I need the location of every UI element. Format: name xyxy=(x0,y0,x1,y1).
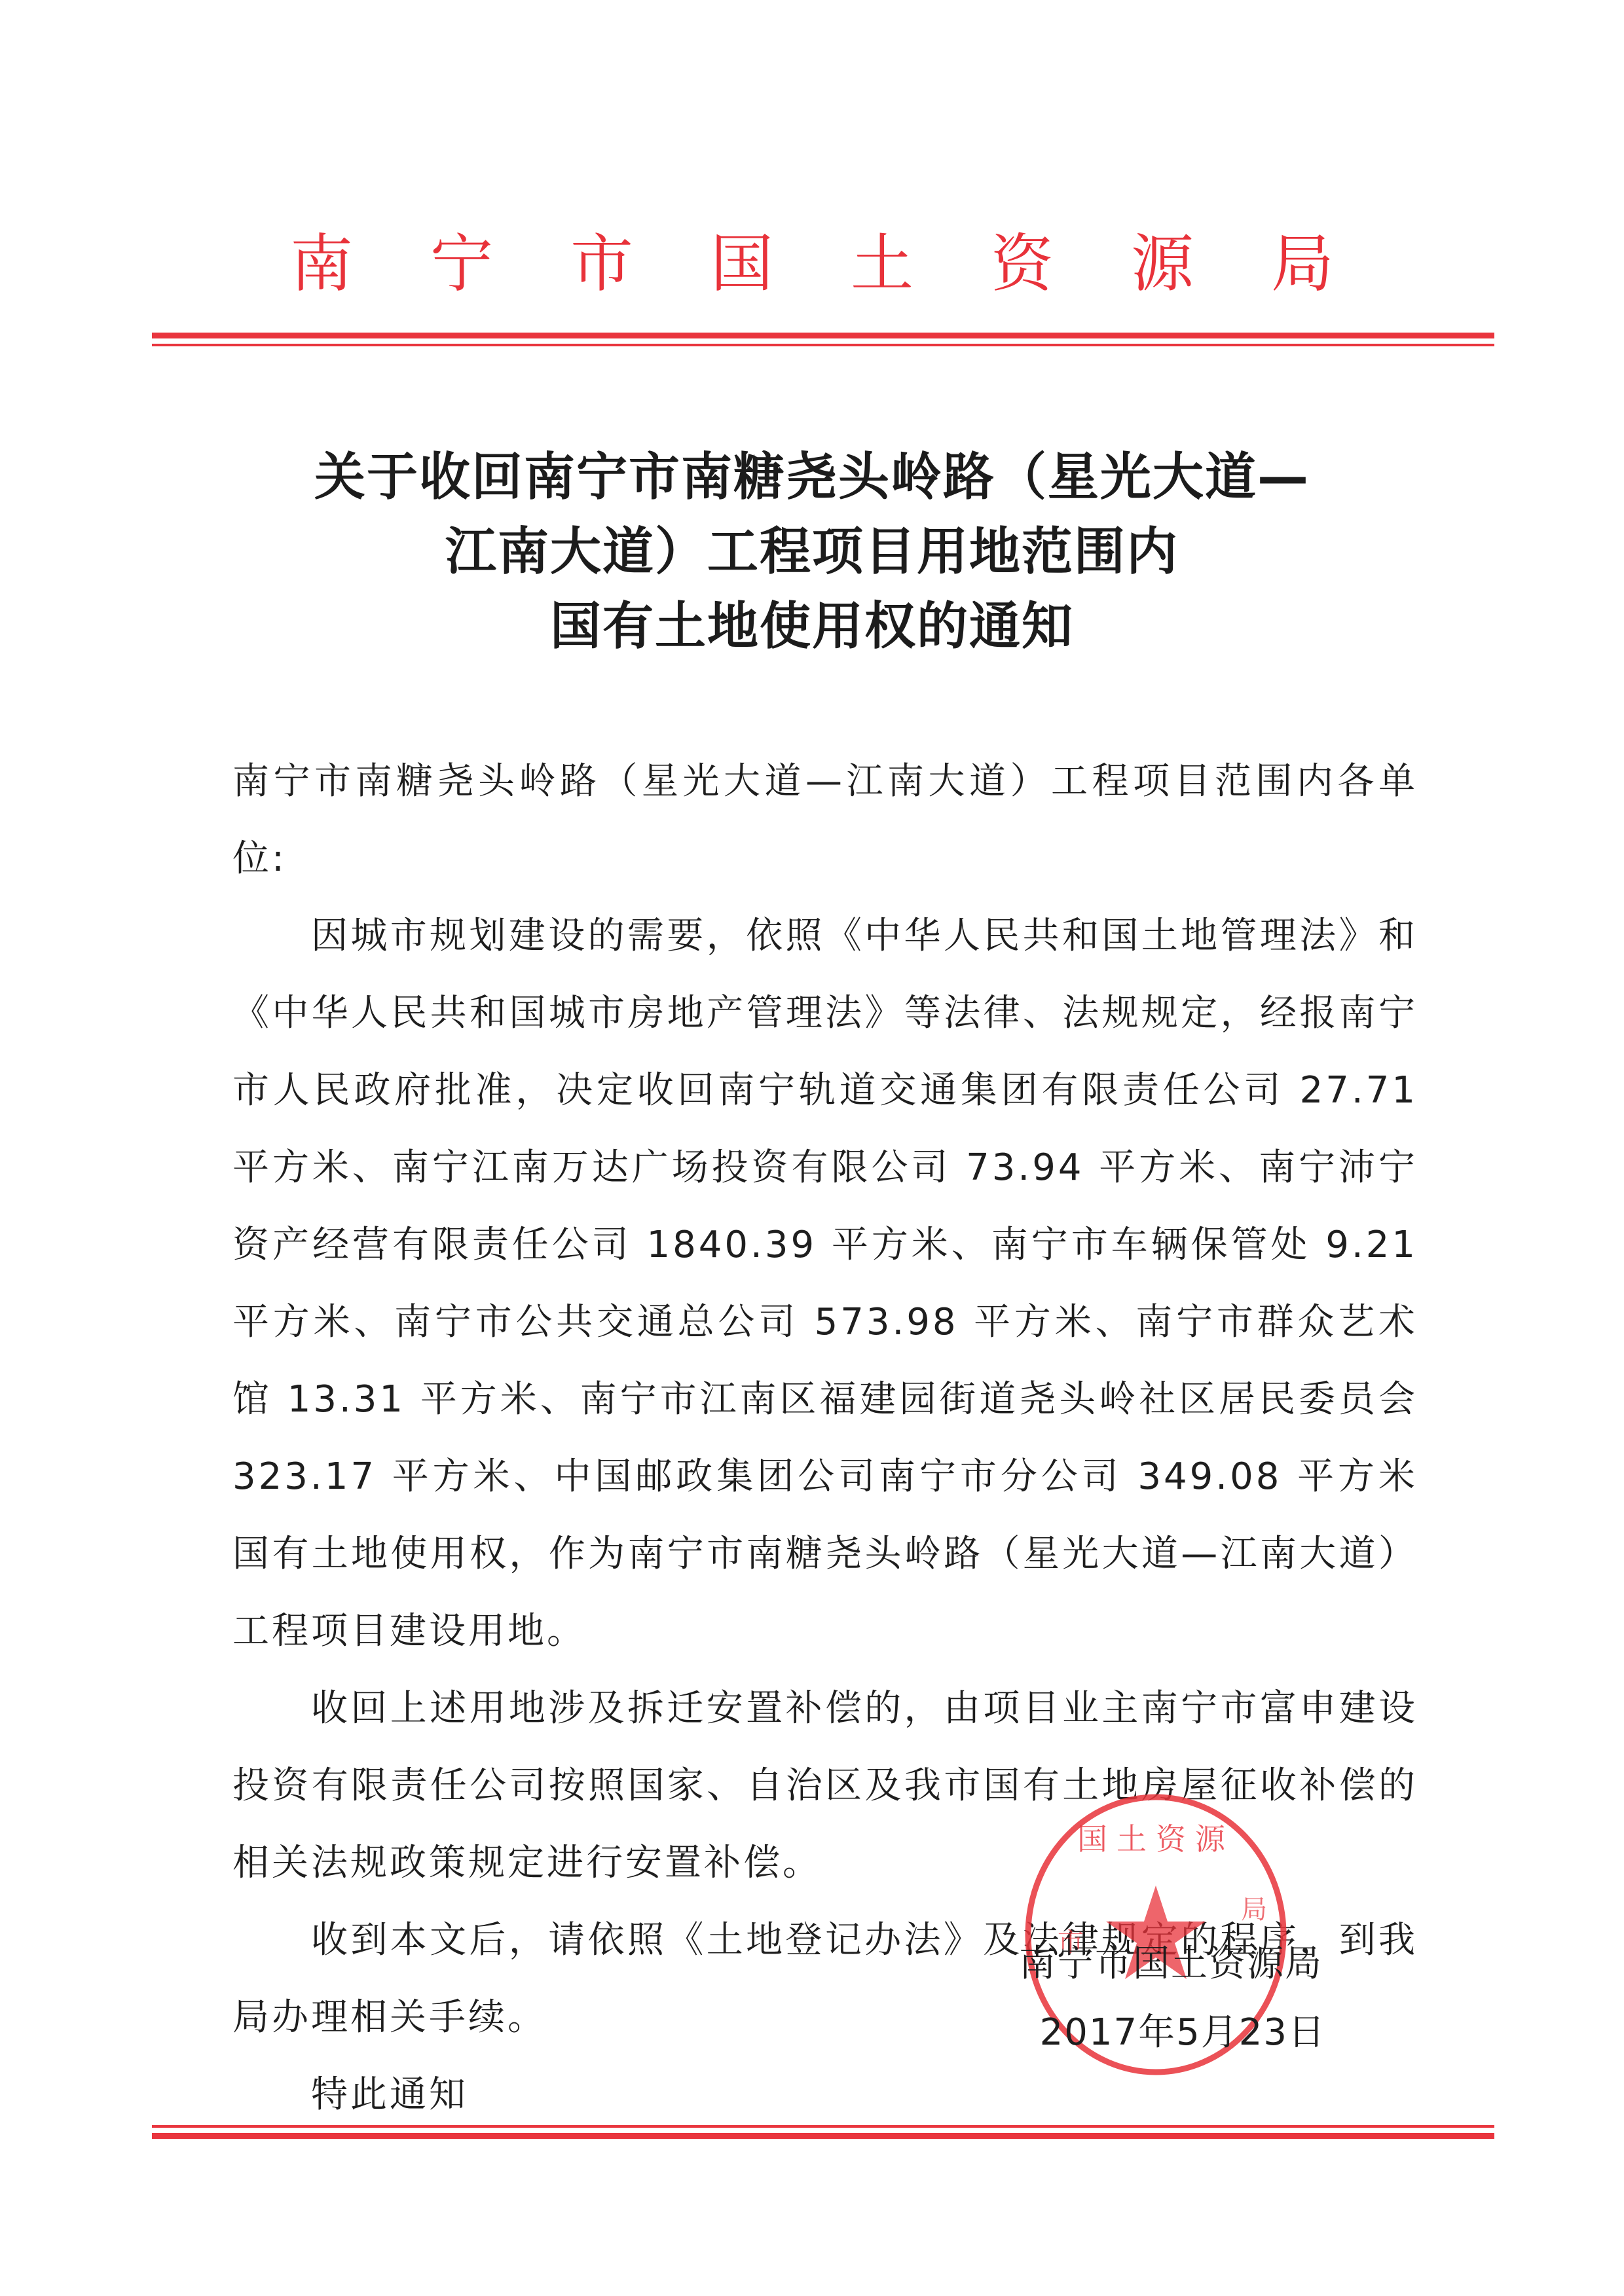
title-line-1: 关于收回南宁市南糖尧头岭路（星光大道— xyxy=(0,440,1624,515)
signature-date: 2017年5月23日 xyxy=(1040,2003,1326,2056)
footer-rule-thin xyxy=(152,2125,1494,2128)
header-rule-thin xyxy=(152,344,1494,346)
title-line-3: 国有土地使用权的通知 xyxy=(0,589,1624,664)
issuer-masthead: 南宁市国土资源局 xyxy=(0,232,1624,295)
paragraph-reclaim: 因城市规划建设的需要，依照《中华人民共和国土地管理法》和《中华人民共和国城市房地… xyxy=(232,898,1418,1670)
svg-text:国土资源: 国土资源 xyxy=(1077,1821,1234,1857)
svg-text:局: 局 xyxy=(1241,1895,1267,1925)
recipient-line: 南宁市南糖尧头岭路（星光大道—江南大道）工程项目范围内各单位: xyxy=(232,743,1418,898)
header-rule-thick xyxy=(152,333,1494,338)
footer-rule-thick xyxy=(152,2133,1494,2139)
document-title: 关于收回南宁市南糖尧头岭路（星光大道— 江南大道）工程项目用地范围内 国有土地使… xyxy=(0,440,1624,664)
title-line-2: 江南大道）工程项目用地范围内 xyxy=(0,515,1624,589)
signature-organization: 南宁市国土资源局 xyxy=(1019,1935,1323,1987)
